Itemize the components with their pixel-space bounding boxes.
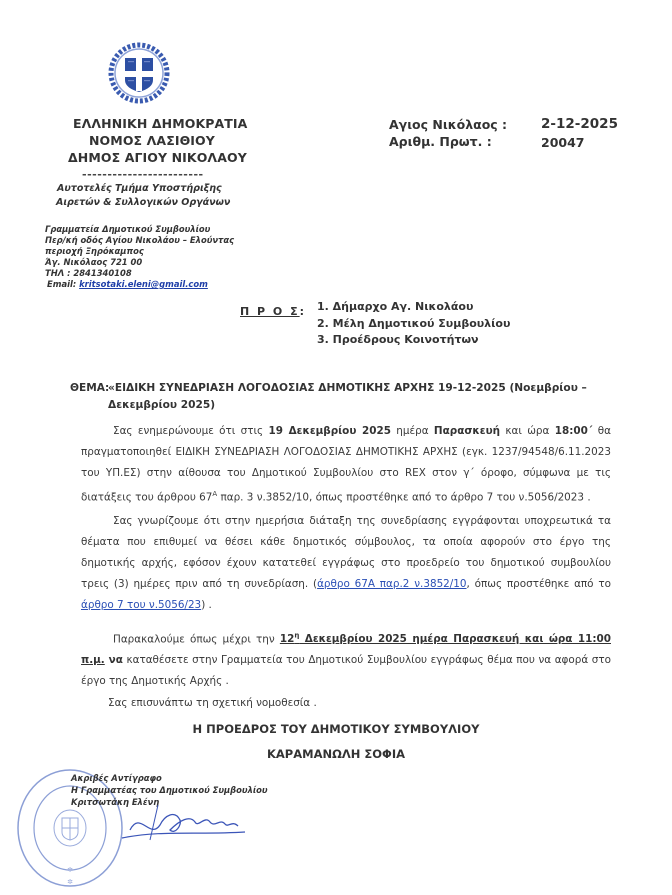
- email-label: Email:: [47, 279, 79, 289]
- contact-street: Περ/κή οδός Αγίου Νικολάου – Ελούντας: [45, 235, 234, 246]
- recipients-list: 1. Δήμαρχο Αγ. Νικολάου 2. Μέλη Δημοτικο…: [317, 299, 510, 349]
- paragraph-meeting-notice: Σας ενημερώνουμε ότι στις 19 Δεκεμβρίου …: [81, 421, 611, 508]
- recipients-label-row: Π Ρ Ο Σ:: [240, 300, 304, 319]
- meeting-time: 18:00΄: [555, 425, 593, 437]
- subject-line-2: Δεκεμβρίου 2025): [108, 397, 648, 414]
- recipient-item: 1. Δήμαρχο Αγ. Νικολάου: [317, 299, 510, 316]
- recipient-item: 3. Προέδρους Κοινοτήτων: [317, 332, 510, 349]
- protocol-label: Αριθμ. Πρωτ. :: [389, 134, 492, 149]
- contact-phone: ΤΗΛ : 2841340108: [45, 268, 234, 279]
- country-name: ΕΛΛΗΝΙΚΗ ΔΗΜΟΚΡΑΤΙΑ: [73, 116, 247, 131]
- greek-coat-of-arms-icon: [108, 42, 170, 104]
- prefecture-name: ΝΟΜΟΣ ΛΑΣΙΘΙΟΥ: [89, 133, 215, 148]
- contact-area: περιοχή Ξηρόκαμπος: [45, 246, 234, 257]
- certified-copy-label: Ακριβές Αντίγραφο: [71, 772, 268, 784]
- paragraph-agenda-rules: Σας γνωρίζουμε ότι στην ημερήσια διάταξη…: [81, 511, 611, 616]
- law-link-5056[interactable]: άρθρο 7 του ν.5056/23: [81, 599, 201, 611]
- department-line-1: Αυτοτελές Τμήμα Υποστήριξης: [57, 183, 222, 194]
- meeting-day: Παρασκευή: [434, 425, 500, 437]
- place-label: Αγιος Νικόλαος :: [389, 117, 507, 132]
- subject-label: ΘΕΜΑ:: [70, 380, 109, 397]
- subject-line-1: «ΕΙΔΙΚΗ ΣΥΝΕΔΡΙΑΣΗ ΛΟΓΟΔΟΣΙΑΣ ΔΗΜΟΤΙΚΗΣ …: [108, 380, 648, 397]
- contact-email-row: Email: kritsotaki.eleni@gmail.com: [47, 279, 234, 290]
- contact-city: Άγ. Νικόλαος 721 00: [45, 257, 234, 268]
- protocol-number: 20047: [541, 135, 585, 150]
- paragraph-attachment-note: Σας επισυνάπτω τη σχετική νομοθεσία .: [108, 693, 638, 714]
- recipients-colon: :: [300, 305, 304, 318]
- paragraph-deadline: Παρακαλούμε όπως μέχρι την 12η Δεκεμβρίο…: [81, 626, 611, 692]
- document-date: 2-12-2025: [541, 116, 618, 132]
- signatory-name: ΚΑΡΑΜΑΝΩΛΗ ΣΟΦΙΑ: [0, 747, 672, 761]
- contact-office: Γραμματεία Δημοτικού Συμβουλίου: [45, 224, 234, 235]
- svg-text:✲: ✲: [67, 878, 73, 886]
- email-link[interactable]: kritsotaki.eleni@gmail.com: [79, 279, 208, 289]
- recipients-label: Π Ρ Ο Σ: [240, 305, 300, 318]
- contact-block: Γραμματεία Δημοτικού Συμβουλίου Περ/κή ο…: [45, 224, 234, 290]
- svg-text:✲: ✲: [67, 866, 73, 874]
- header-separator: ------------------------: [82, 168, 204, 181]
- municipality-name: ΔΗΜΟΣ ΑΓΙΟΥ ΝΙΚΟΛΑΟΥ: [68, 150, 247, 165]
- meeting-date: 19 Δεκεμβρίου 2025: [268, 425, 390, 437]
- recipient-item: 2. Μέλη Δημοτικού Συμβουλίου: [317, 316, 510, 333]
- law-link-3852[interactable]: άρθρο 67Α παρ.2 ν.3852/10: [317, 578, 466, 590]
- subject-text: «ΕΙΔΙΚΗ ΣΥΝΕΔΡΙΑΣΗ ΛΟΓΟΔΟΣΙΑΣ ΔΗΜΟΤΙΚΗΣ …: [108, 380, 648, 414]
- handwritten-signature-icon: [120, 800, 250, 845]
- department-line-2: Αιρετών & Συλλογικών Οργάνων: [56, 197, 230, 208]
- signatory-title: Η ΠΡΟΕΔΡΟΣ ΤΟΥ ΔΗΜΟΤΙΚΟΥ ΣΥΜΒΟΥΛΙΟΥ: [0, 722, 672, 736]
- secretary-title: Η Γραμματέας του Δημοτικού Συμβουλίου: [71, 784, 268, 796]
